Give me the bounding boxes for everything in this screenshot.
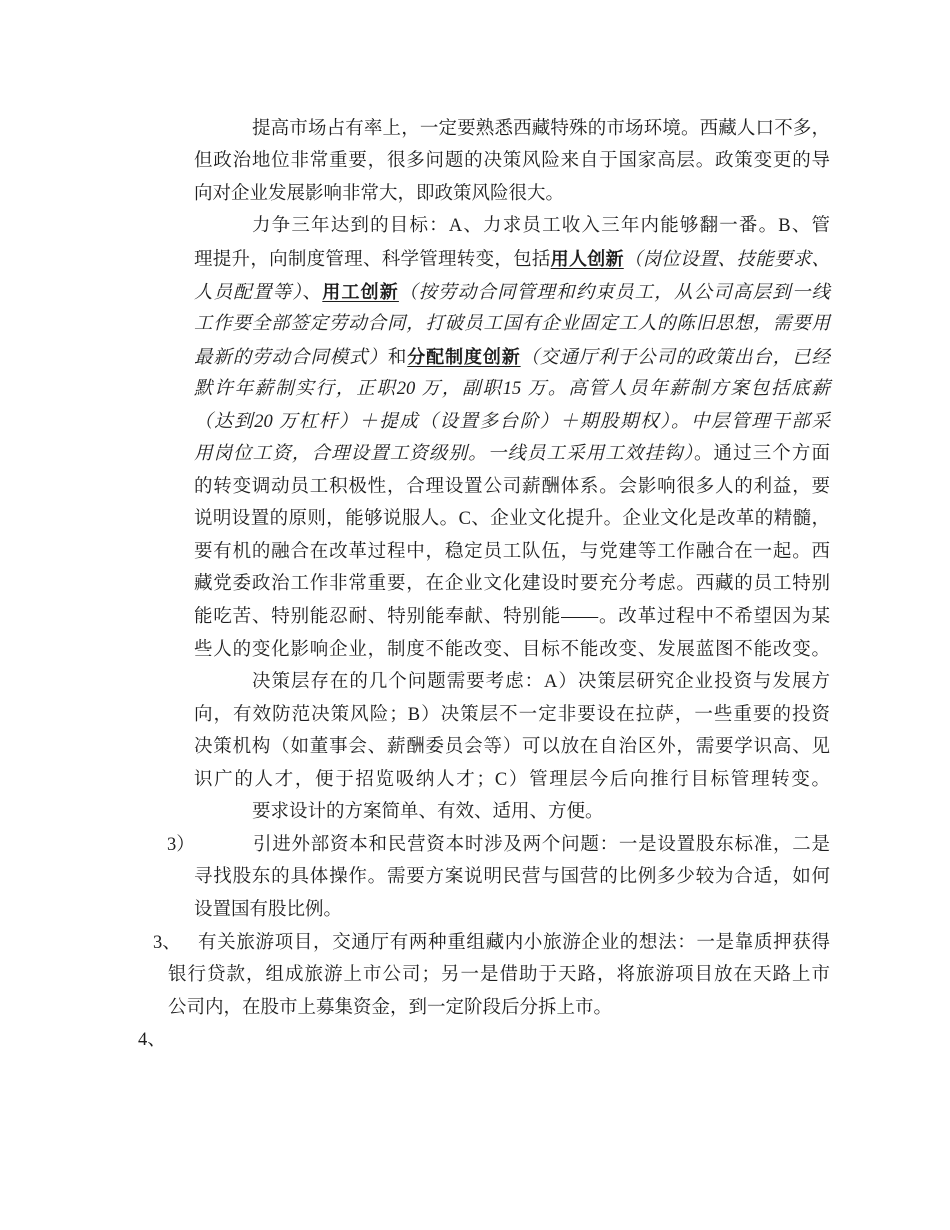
text-run: 公司内，在股市上募集资金，到一定阶段后分拆上市。 bbox=[168, 998, 612, 1018]
text-run: 有关旅游项目，交通厅有两种重组藏内小旅游企业的想法：一是靠质押获得 bbox=[198, 933, 830, 953]
text-line: 公司内，在股市上募集资金，到一定阶段后分拆上市。 bbox=[168, 992, 830, 1025]
text-line: 藏党委政治工作非常重要，在企业文化建设时要充分考虑。西藏的员工特别 bbox=[194, 568, 830, 601]
text-run: 提高市场占有率上，一定要熟悉西藏特殊的市场环境。西藏人口不多， bbox=[252, 119, 830, 139]
text-run: 些人的变化影响企业，制度不能改变、目标不能改变、发展蓝图不能改变。 bbox=[194, 640, 830, 660]
text-run: 。通过三个方面 bbox=[694, 444, 830, 464]
text-run: 藏党委政治工作非常重要，在企业文化建设时要充分考虑。西藏的员工特别 bbox=[194, 574, 830, 594]
text-line: 能吃苦、特别能忍耐、特别能奉献、特别能――。改革过程中不希望因为某 bbox=[194, 601, 830, 634]
text-line: 设置国有股比例。 bbox=[194, 894, 830, 927]
list-marker: 3） bbox=[167, 829, 195, 862]
text-run: 用工创新 bbox=[322, 282, 399, 302]
text-run: 工作要全部签定劳动合同，打破员工国有企业固定工人的陈旧思想，需要用 bbox=[194, 314, 830, 334]
text-run: 默许年薪制实行，正职20 万，副职15 万。高管人员年薪制方案包括底薪 bbox=[194, 379, 830, 399]
text-run: 向，有效防范决策风险；B）决策层不一定非要设在拉萨，一些重要的投资 bbox=[194, 705, 830, 725]
text-run: 寻找股东的具体操作。需要方案说明民营与国营的比例多少较为合适，如何 bbox=[194, 867, 830, 887]
list-marker: 3、 bbox=[153, 927, 181, 960]
text-run: 和 bbox=[388, 348, 407, 368]
text-line: 向对企业发展影响非常大，即政策风险很大。 bbox=[194, 178, 830, 211]
text-run: （岗位设置、技能要求、 bbox=[624, 250, 830, 270]
text-line: 但政治地位非常重要，很多问题的决策风险来自于国家高层。政策变更的导 bbox=[194, 145, 830, 178]
text-run: 向对企业发展影响非常大，即政策风险很大。 bbox=[194, 184, 564, 204]
text-run: （达到20 万杠杆）＋提成（设置多台阶）＋期股期权）。中层管理干部采 bbox=[194, 412, 830, 432]
text-run: 设置国有股比例。 bbox=[194, 900, 342, 920]
text-run: 要求设计的方案简单、有效、适用、方便。 bbox=[252, 802, 604, 822]
text-line: 4、 bbox=[138, 1024, 830, 1057]
text-line: 力争三年达到的目标：A、力求员工收入三年内能够翻一番。B、管 bbox=[194, 210, 830, 243]
text-line: 用岗位工资，合理设置工资级别。一线员工采用工效挂钩）。通过三个方面 bbox=[194, 438, 830, 471]
text-run: 分配制度创新 bbox=[407, 347, 520, 367]
text-run: 识广的人才，便于招览吸纳人才；C）管理层今后向推行目标管理转变。 bbox=[194, 770, 830, 790]
text-run: 要有机的融合在改革过程中，稳定员工队伍，与党建等工作融合在一起。西 bbox=[194, 542, 830, 562]
text-line: 决策层存在的几个问题需要考虑：A）决策层研究企业投资与发展方 bbox=[194, 666, 830, 699]
text-line: 理提升，向制度管理、科学管理转变，包括用人创新（岗位设置、技能要求、 bbox=[194, 243, 830, 276]
text-line: 3、有关旅游项目，交通厅有两种重组藏内小旅游企业的想法：一是靠质押获得 bbox=[168, 927, 830, 960]
text-line: 说明设置的原则，能够说服人。C、企业文化提升。企业文化是改革的精髓， bbox=[194, 503, 830, 536]
text-run: 但政治地位非常重要，很多问题的决策风险来自于国家高层。政策变更的导 bbox=[194, 151, 830, 171]
text-line: 默许年薪制实行，正职20 万，副职15 万。高管人员年薪制方案包括底薪 bbox=[194, 373, 830, 406]
text-run: 决策机构（如董事会、薪酬委员会等）可以放在自治区外，需要学识高、见 bbox=[194, 737, 830, 757]
text-line: 识广的人才，便于招览吸纳人才；C）管理层今后向推行目标管理转变。 bbox=[194, 764, 830, 797]
text-run: 用人创新 bbox=[551, 249, 624, 269]
text-run: 能吃苦、特别能忍耐、特别能奉献、特别能――。改革过程中不希望因为某 bbox=[194, 607, 830, 627]
text-run: 说明设置的原则，能够说服人。C、企业文化提升。企业文化是改革的精髓， bbox=[194, 509, 830, 529]
text-run: 的转变调动员工积极性，合理设置公司薪酬体系。会影响很多人的利益，要 bbox=[194, 477, 830, 497]
text-run: 人员配置等） bbox=[194, 283, 303, 303]
text-line: 3）引进外部资本和民营资本时涉及两个问题：一是设置股东标准，二是 bbox=[194, 829, 830, 862]
text-line: 提高市场占有率上，一定要熟悉西藏特殊的市场环境。西藏人口不多， bbox=[194, 113, 830, 146]
text-run: 银行贷款，组成旅游上市公司；另一是借助于天路，将旅游项目放在天路上市 bbox=[168, 965, 830, 985]
text-run: 最新的劳动合同模式） bbox=[194, 348, 388, 368]
text-run: 、 bbox=[303, 283, 323, 303]
text-run: （按劳动合同管理和约束员工，从公司高层到一线 bbox=[399, 283, 830, 303]
text-run: 引进外部资本和民营资本时涉及两个问题：一是设置股东标准，二是 bbox=[253, 835, 830, 855]
text-line: 要有机的融合在改革过程中，稳定员工队伍，与党建等工作融合在一起。西 bbox=[194, 536, 830, 569]
document-page: 提高市场占有率上，一定要熟悉西藏特殊的市场环境。西藏人口不多，但政治地位非常重要… bbox=[0, 0, 950, 1230]
text-line: 的转变调动员工积极性，合理设置公司薪酬体系。会影响很多人的利益，要 bbox=[194, 471, 830, 504]
text-line: 些人的变化影响企业，制度不能改变、目标不能改变、发展蓝图不能改变。 bbox=[194, 634, 830, 667]
text-line: 要求设计的方案简单、有效、适用、方便。 bbox=[194, 796, 830, 829]
text-run: 理提升，向制度管理、科学管理转变，包括 bbox=[194, 250, 551, 270]
text-line: 人员配置等）、用工创新（按劳动合同管理和约束员工，从公司高层到一线 bbox=[194, 276, 830, 309]
text-line: 决策机构（如董事会、薪酬委员会等）可以放在自治区外，需要学识高、见 bbox=[194, 731, 830, 764]
text-line: 工作要全部签定劳动合同，打破员工国有企业固定工人的陈旧思想，需要用 bbox=[194, 308, 830, 341]
text-run: 用岗位工资，合理设置工资级别。一线员工采用工效挂钩） bbox=[194, 444, 694, 464]
text-line: （达到20 万杠杆）＋提成（设置多台阶）＋期股期权）。中层管理干部采 bbox=[194, 406, 830, 439]
text-run: 决策层存在的几个问题需要考虑：A）决策层研究企业投资与发展方 bbox=[252, 672, 830, 692]
text-line: 银行贷款，组成旅游上市公司；另一是借助于天路，将旅游项目放在天路上市 bbox=[168, 959, 830, 992]
list-marker: 4、 bbox=[138, 1024, 166, 1057]
text-run: 力争三年达到的目标：A、力求员工收入三年内能够翻一番。B、管 bbox=[252, 216, 830, 236]
text-line: 向，有效防范决策风险；B）决策层不一定非要设在拉萨，一些重要的投资 bbox=[194, 699, 830, 732]
text-run: （交通厅利于公司的政策出台，已经 bbox=[521, 348, 830, 368]
text-line: 寻找股东的具体操作。需要方案说明民营与国营的比例多少较为合适，如何 bbox=[194, 861, 830, 894]
text-line: 最新的劳动合同模式）和分配制度创新（交通厅利于公司的政策出台，已经 bbox=[194, 341, 830, 374]
